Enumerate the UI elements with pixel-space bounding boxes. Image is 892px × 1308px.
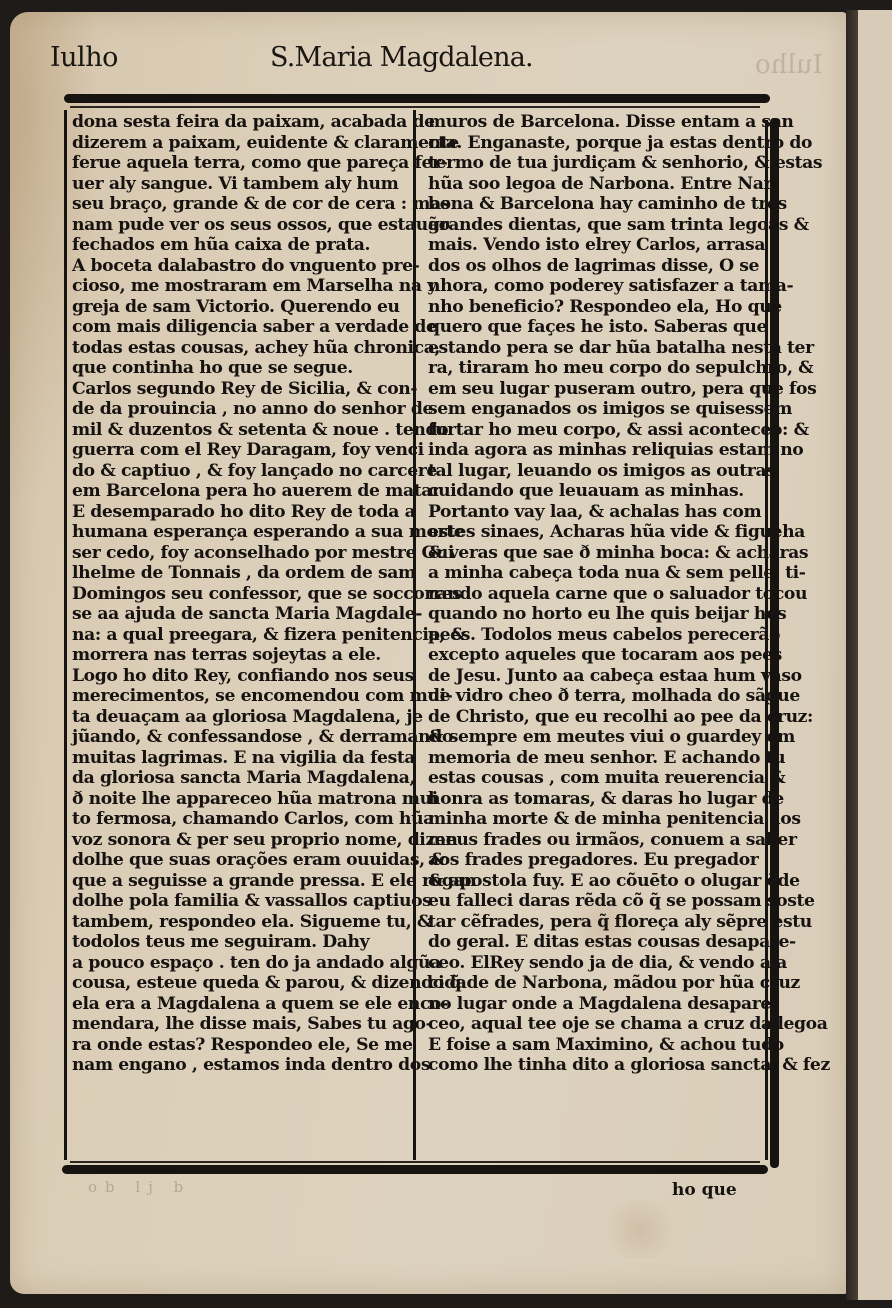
text-line: do geral. E ditas estas cousas desapare- <box>428 932 768 953</box>
text-line: E desemparado ho dito Rey de toda a <box>72 502 412 523</box>
catchword: ho que <box>672 1180 737 1200</box>
text-line: honra as tomaras, & daras ho lugar de <box>428 789 768 810</box>
text-line: muros de Barcelona. Disse entam a san <box>428 112 768 133</box>
text-line: que a seguisse a grande pressa. E ele ro… <box>72 871 412 892</box>
text-line: mendara, lhe disse mais, Sabes tu ago- <box>72 1014 412 1035</box>
top-rule-thin <box>70 106 760 108</box>
text-line: estando pera se dar hũa batalha nesta te… <box>428 338 768 359</box>
text-line: estas cousas , com muita reuerencia & <box>428 768 768 789</box>
text-line: to fermosa, chamando Carlos, com hũa <box>72 809 412 830</box>
text-line: todas estas cousas, achey hũa chronica, <box>72 338 412 359</box>
text-line: greja de sam Victorio. Querendo eu <box>72 297 412 318</box>
text-line: se aa ajuda de sancta Maria Magdale- <box>72 604 412 625</box>
text-line: cioso, me mostraram em Marselha na y <box>72 276 412 297</box>
text-line: rando aquela carne que o saluador tocou <box>428 584 768 605</box>
text-line: todolos teus me seguiram. Dahy <box>72 932 412 953</box>
text-line: quando no horto eu lhe quis beijar hos <box>428 604 768 625</box>
text-line: & apostola fuy. E ao cõuēto o olugar õde <box>428 871 768 892</box>
text-line: cta. Enganaste, porque ja estas dentro d… <box>428 133 768 154</box>
text-line: mil & duzentos & setenta & noue . tendo <box>72 420 412 441</box>
text-line: do & captiuo , & foy lançado no carcere <box>72 461 412 482</box>
text-line: jũando, & confessandose , & derramando <box>72 727 412 748</box>
text-line: nho beneficio? Respondeo ela, Ho que <box>428 297 768 318</box>
text-line: hũa soo legoa de Narbona. Entre Nar <box>428 174 768 195</box>
text-line: dos os olhos de lagrimas disse, O se <box>428 256 768 277</box>
text-line: merecimentos, se encomendou com mui- <box>72 686 412 707</box>
text-line: nam engano , estamos inda dentro dos <box>72 1055 412 1076</box>
text-line: Portanto vay laa, & achalas has com <box>428 502 768 523</box>
spine-shadow <box>846 10 858 1300</box>
bottom-rule <box>62 1165 768 1174</box>
text-line: & veras que sae ð minha boca: & acharas <box>428 543 768 564</box>
bottom-rule-thin <box>70 1161 760 1163</box>
text-line: ra, tiraram ho meu corpo do sepulchro, & <box>428 358 768 379</box>
text-line: quero que façes he isto. Saberas que <box>428 317 768 338</box>
text-line: ela era a Magdalena a quem se ele enco- <box>72 994 412 1015</box>
text-line: humana esperança esperando a sua morte <box>72 522 412 543</box>
text-line: lhelme de Tonnais , da ordem de sam <box>72 563 412 584</box>
text-line: como lhe tinha dito a gloriosa sancta, &… <box>428 1055 768 1076</box>
text-line: em Barcelona pera ho auerem de matar <box>72 481 412 502</box>
text-line: mais. Vendo isto elrey Carlos, arrasa <box>428 235 768 256</box>
text-line: ferue aquela terra, como que pareça fer- <box>72 153 412 174</box>
text-line: de da prouincia , no anno do senhor de <box>72 399 412 420</box>
text-line: excepto aqueles que tocaram aos pees <box>428 645 768 666</box>
text-line: na: a qual preegara, & fizera penitencia… <box>72 625 412 646</box>
running-head-month: Iulho <box>50 42 118 73</box>
text-line: uer aly sangue. Vi tambem aly hum <box>72 174 412 195</box>
text-line: a minha cabeça toda nua & sem pelle, ti- <box>428 563 768 584</box>
text-line: a pouco espaço . ten do ja andado algũa <box>72 953 412 974</box>
text-line: ceo. ElRey sendo ja de dia, & vendo a a <box>428 953 768 974</box>
top-rule <box>64 94 770 103</box>
text-line: Domingos seu confessor, que se soccorres <box>72 584 412 605</box>
text-line: guerra com el Rey Daragam, foy venci <box>72 440 412 461</box>
text-line: sem enganados os imigos se quisessem <box>428 399 768 420</box>
text-line: dolhe pola familia & vassallos captiuos <box>72 891 412 912</box>
text-line: memoria de meu senhor. E achando tu <box>428 748 768 769</box>
text-line: seu braço, grande & de cor de cera : mas <box>72 194 412 215</box>
text-line: grandes dientas, que sam trinta legoas & <box>428 215 768 236</box>
text-line: em seu lugar puseram outro, pera que fos <box>428 379 768 400</box>
text-line: aos frades pregadores. Eu pregador <box>428 850 768 871</box>
text-line: Carlos segundo Rey de Sicilia, & con- <box>72 379 412 400</box>
text-line: nam pude ver os seus ossos, que estauão <box>72 215 412 236</box>
text-line: com mais diligencia saber a verdade de <box>72 317 412 338</box>
text-line: ceo, aqual tee oje se chama a cruz da le… <box>428 1014 768 1035</box>
text-line: que continha ho que se segue. <box>72 358 412 379</box>
paper-stain <box>600 1200 680 1260</box>
text-line: pees. Todolos meus cabelos perecerão <box>428 625 768 646</box>
running-head-title: S.Maria Magdalena. <box>270 42 533 73</box>
text-line: voz sonora & per seu proprio nome, dizen <box>72 830 412 851</box>
text-line: nhora, como poderey satisfazer a tama- <box>428 276 768 297</box>
show-through-footer: ob lj b <box>88 1178 191 1196</box>
text-line: fechados em hũa caixa de prata. <box>72 235 412 256</box>
left-text-column: dona sesta feira da paixam, acabada dedi… <box>72 112 412 1076</box>
right-text-column: muros de Barcelona. Disse entam a sancta… <box>428 112 768 1076</box>
text-line: de Christo, que eu recolhi ao pee da cru… <box>428 707 768 728</box>
left-border-line <box>64 110 67 1160</box>
text-line: termo de tua jurdiçam & senhorio, & esta… <box>428 153 768 174</box>
adjacent-page-edge <box>858 10 892 1300</box>
show-through-header: Iulho <box>755 50 823 80</box>
text-line: cuidando que leuauam as minhas. <box>428 481 768 502</box>
text-line: morrera nas terras sojeytas a ele. <box>72 645 412 666</box>
text-line: furtar ho meu corpo, & assi aconteceo: & <box>428 420 768 441</box>
text-line: muitas lagrimas. E na vigilia da festa <box>72 748 412 769</box>
text-line: cidade de Narbona, mãdou por hũa cruz <box>428 973 768 994</box>
text-line: E foise a sam Maximino, & achou tudo <box>428 1035 768 1056</box>
text-line: tal lugar, leuando os imigos as outras <box>428 461 768 482</box>
text-line: tambem, respondeo ela. Sigueme tu, & <box>72 912 412 933</box>
text-line: ð noite lhe appareceo hũa matrona mui <box>72 789 412 810</box>
text-line: bona & Barcelona hay caminho de tres <box>428 194 768 215</box>
text-line: de vidro cheo ð terra, molhada do sãgue <box>428 686 768 707</box>
text-line: tar cẽfrades, pera q̃ floreça aly sẽpre … <box>428 912 768 933</box>
text-line: meus frades ou irmãos, conuem a saber <box>428 830 768 851</box>
text-line: & sempre em meutes viui o guardey em <box>428 727 768 748</box>
text-line: minha morte & de minha penitencia aos <box>428 809 768 830</box>
text-line: estes sinaes, Acharas hũa vide & figueha <box>428 522 768 543</box>
text-line: ser cedo, foy aconselhado por mestre Gui <box>72 543 412 564</box>
text-line: da gloriosa sancta Maria Magdalena, <box>72 768 412 789</box>
text-line: dizerem a paixam, euidente & claramente <box>72 133 412 154</box>
text-line: eu falleci daras rẽda cõ q̃ se possam so… <box>428 891 768 912</box>
text-line: Logo ho dito Rey, confiando nos seus <box>72 666 412 687</box>
text-line: ta deuaçam aa gloriosa Magdalena, je <box>72 707 412 728</box>
text-line: ra onde estas? Respondeo ele, Se me <box>72 1035 412 1056</box>
text-line: no lugar onde a Magdalena desapare- <box>428 994 768 1015</box>
text-line: inda agora as minhas reliquias estam no <box>428 440 768 461</box>
text-line: dolhe que suas orações eram ouuidas, & <box>72 850 412 871</box>
text-line: de Jesu. Junto aa cabeça estaa hum vaso <box>428 666 768 687</box>
text-line: dona sesta feira da paixam, acabada de <box>72 112 412 133</box>
text-line: cousa, esteue queda & parou, & dizendo q… <box>72 973 412 994</box>
text-line: A boceta dalabastro do vnguento pre- <box>72 256 412 277</box>
